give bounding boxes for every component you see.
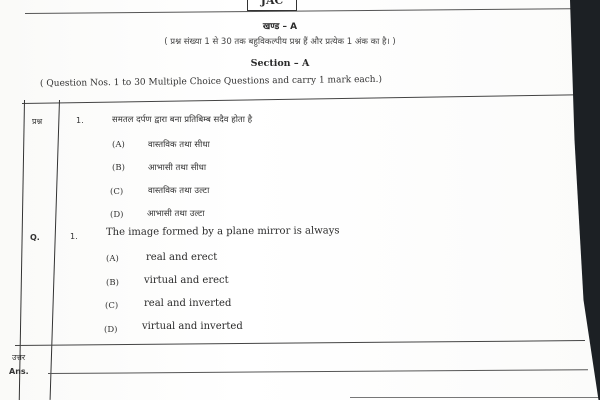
answer-label-hindi: उत्तर bbox=[12, 352, 25, 363]
option-letter-c-hindi: (C) bbox=[110, 187, 123, 197]
option-letter-d-english: (D) bbox=[104, 325, 117, 335]
answer-section-top-border bbox=[15, 340, 585, 346]
option-b-hindi: आभासी तथा सीधा bbox=[148, 162, 206, 173]
option-letter-b-english: (B) bbox=[106, 278, 119, 288]
option-d-hindi: आभासी तथा उल्टा bbox=[147, 208, 205, 219]
answer-line[interactable] bbox=[48, 369, 588, 374]
board-code-box: JAC bbox=[247, 0, 297, 11]
option-letter-c-english: (C) bbox=[105, 301, 118, 311]
option-letter-d-hindi: (D) bbox=[110, 210, 123, 220]
table-top-border bbox=[22, 94, 597, 104]
option-letter-b-hindi: (B) bbox=[112, 163, 125, 173]
option-d-english: virtual and inverted bbox=[142, 321, 243, 332]
question-text-hindi: समतल दर्पण द्वारा बना प्रतिबिम्ब सदैव हो… bbox=[112, 114, 252, 125]
question-label-hindi: प्रश्न bbox=[32, 116, 42, 127]
exam-paper: JAC खण्ड – A ( प्रश्न संख्या 1 से 30 तक … bbox=[0, 0, 600, 400]
question-label-english: Q. bbox=[30, 233, 40, 242]
option-b-english: virtual and erect bbox=[144, 275, 229, 286]
top-rule bbox=[25, 8, 585, 14]
option-letter-a-hindi: (A) bbox=[112, 140, 125, 150]
question-text-english: The image formed by a plane mirror is al… bbox=[106, 225, 340, 238]
bottom-rule bbox=[350, 397, 600, 398]
option-a-english: real and erect bbox=[146, 252, 217, 263]
question-number-hindi: 1. bbox=[76, 116, 84, 125]
instruction-hindi: ( प्रश्न संख्या 1 से 30 तक बहुविकल्पीय प… bbox=[0, 36, 560, 47]
option-letter-a-english: (A) bbox=[106, 254, 119, 264]
option-a-hindi: वास्तविक तथा सीधा bbox=[148, 139, 210, 150]
option-c-english: real and inverted bbox=[144, 298, 231, 309]
instruction-english: ( Question Nos. 1 to 30 Multiple Choice … bbox=[40, 75, 382, 89]
table-label-divider bbox=[50, 100, 61, 400]
answer-label-english: Ans. bbox=[9, 367, 29, 376]
section-title-english: Section – A bbox=[0, 58, 560, 69]
question-number-english: 1. bbox=[70, 232, 78, 241]
option-c-hindi: वास्तविक तथा उल्टा bbox=[148, 185, 209, 196]
section-title-hindi: खण्ड – A bbox=[0, 19, 560, 32]
